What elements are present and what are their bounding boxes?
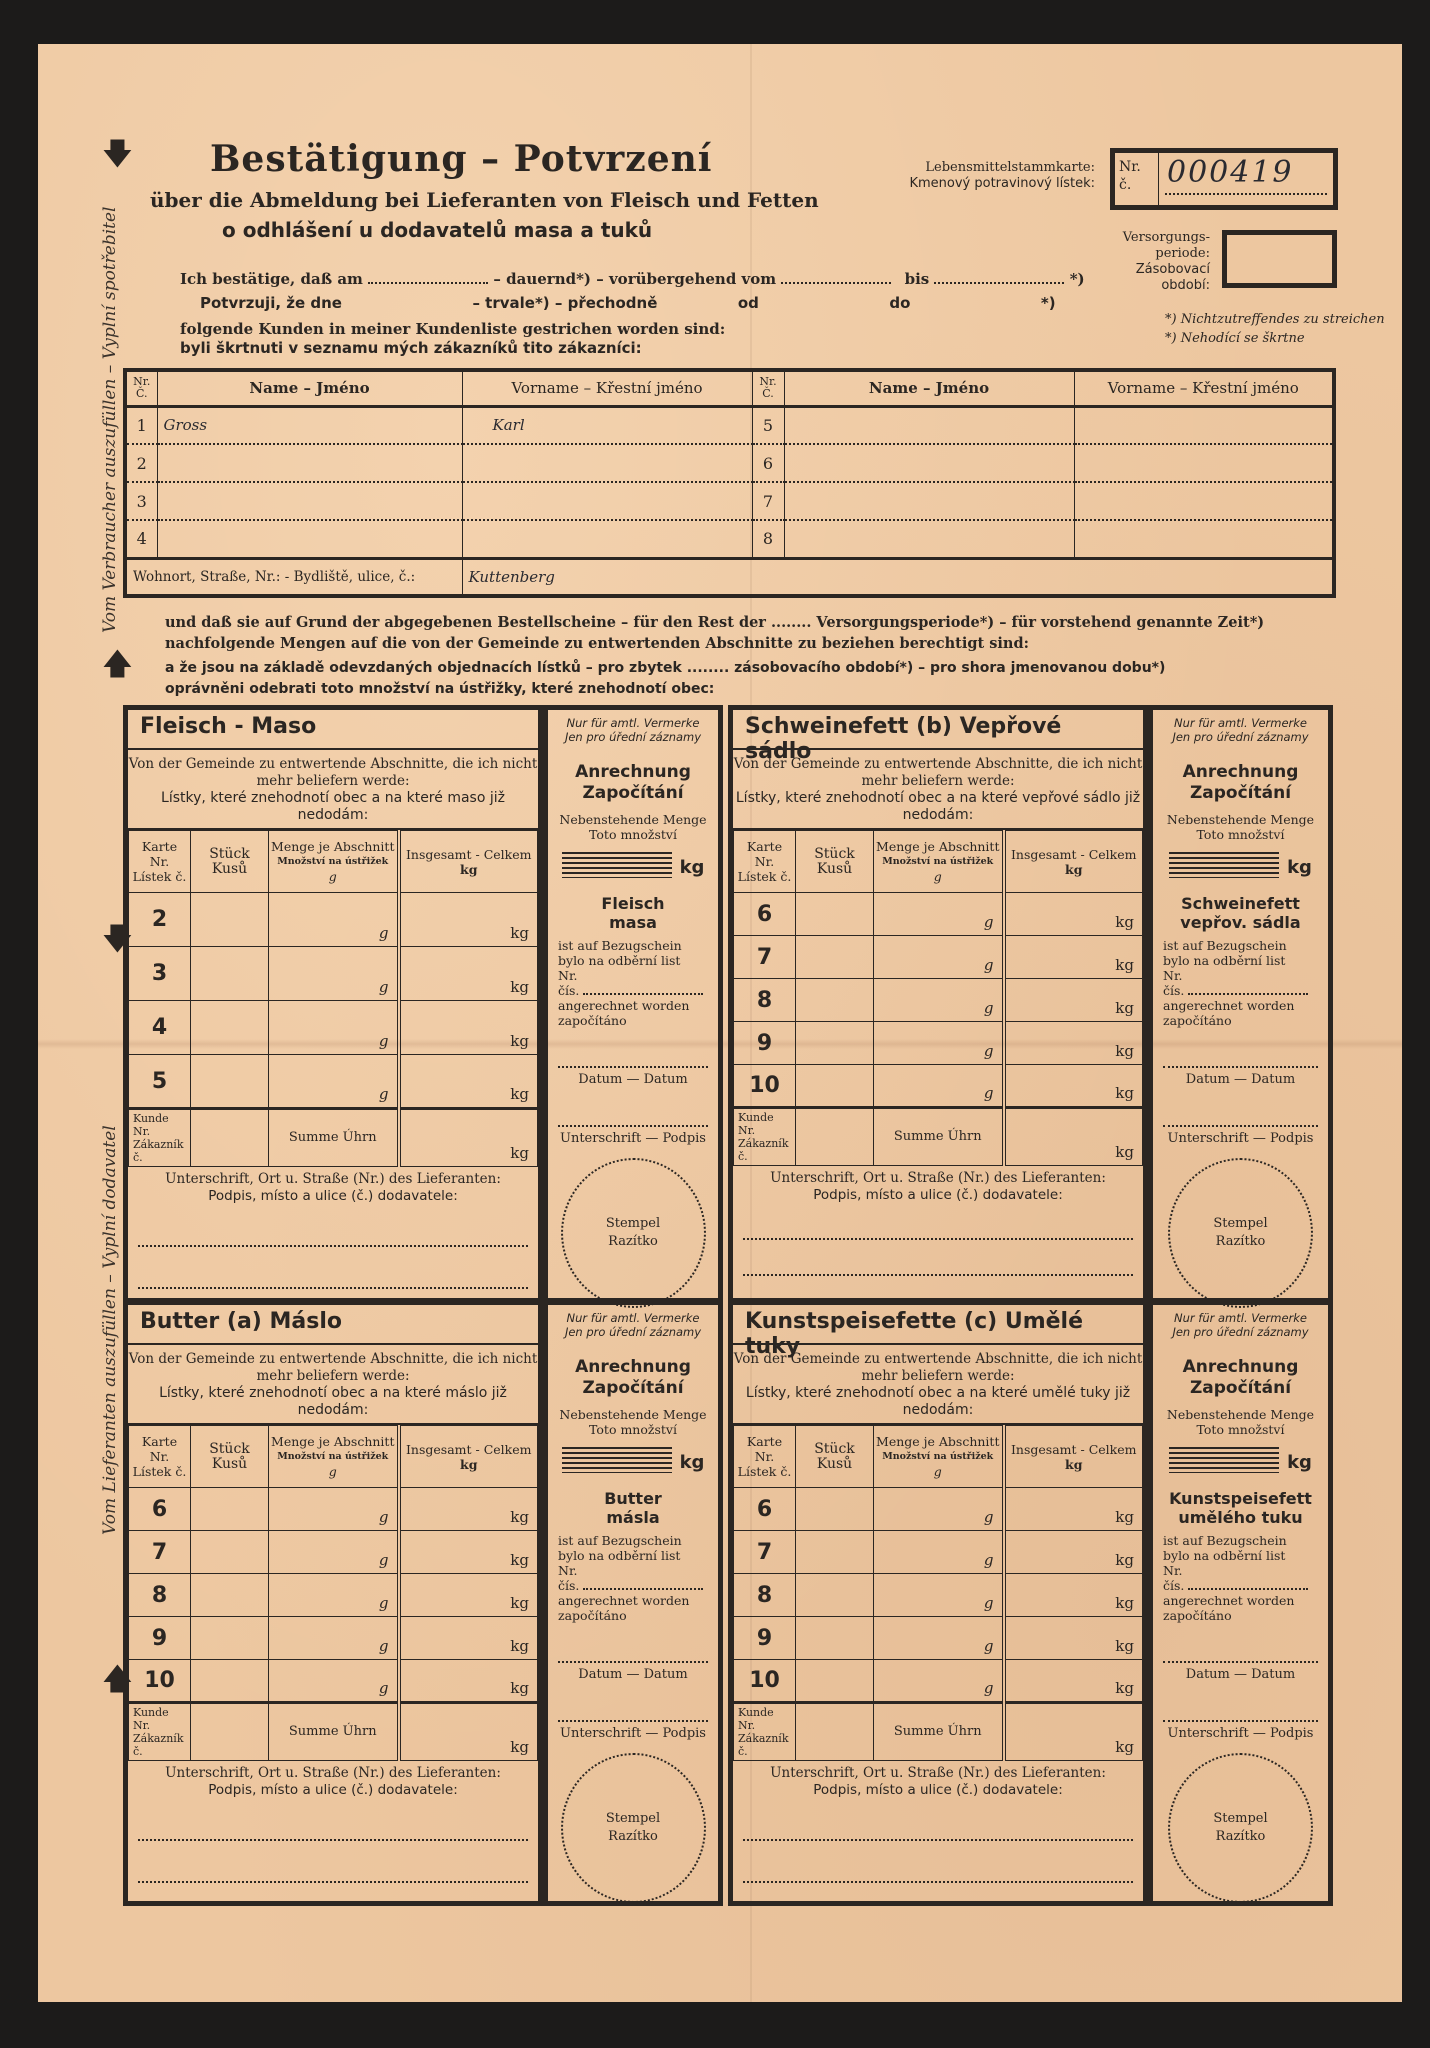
voucher-text: ist auf Bezugschein bylo na odběrní list… bbox=[554, 1533, 712, 1623]
first-name-field[interactable] bbox=[1074, 444, 1334, 482]
sum-label: Summe Úhrn bbox=[874, 1703, 1004, 1761]
official-signature-field[interactable]: Unterschrift — Podpis bbox=[558, 1720, 708, 1741]
txt-cis: čís. bbox=[558, 1578, 579, 1593]
col-card: Karte Nr. Lístek č. bbox=[734, 831, 796, 893]
unit-g: g bbox=[984, 1679, 994, 1697]
first-name-field[interactable]: Karl bbox=[462, 406, 752, 444]
col-first-name: Vorname – Křestní jméno bbox=[1074, 370, 1334, 406]
voucher-number-field[interactable] bbox=[583, 993, 703, 995]
signature-line[interactable] bbox=[138, 1841, 528, 1883]
unit-g: g bbox=[984, 1508, 994, 1526]
amount-field[interactable]: kg bbox=[554, 1447, 712, 1473]
amount-field[interactable]: g bbox=[874, 936, 1004, 979]
amount-field[interactable]: g bbox=[874, 1065, 1004, 1108]
row-number: 2 bbox=[125, 444, 157, 482]
from-date-field[interactable] bbox=[781, 282, 891, 284]
sig-label-de: Unterschrift, Ort u. Straße (Nr.) des Li… bbox=[128, 1171, 538, 1188]
unit-kg: kg bbox=[1115, 1637, 1134, 1655]
date-field[interactable]: Datum — Datum bbox=[1163, 1661, 1318, 1682]
unit-kg: kg bbox=[510, 1594, 529, 1612]
note-de: Nur für amtl. Vermerke bbox=[554, 1311, 712, 1325]
row-number: 1 bbox=[125, 406, 157, 444]
confirm-text: *) bbox=[1070, 270, 1085, 288]
coupon-number: 9 bbox=[734, 1022, 796, 1065]
sum-field[interactable]: kg bbox=[399, 1703, 538, 1761]
txt-ang: angerechnet worden bbox=[558, 998, 712, 1013]
total-field[interactable]: kg bbox=[399, 1488, 538, 1531]
date-field[interactable]: Datum — Datum bbox=[1163, 1066, 1318, 1087]
desc-de: Von der Gemeinde zu entwertende Abschnit… bbox=[128, 1351, 538, 1385]
col-amount-cz: Množství na ústřižek bbox=[271, 1449, 395, 1464]
txt-ist: ist auf Bezugschein bbox=[1163, 1533, 1322, 1548]
txt-nr: Nr. bbox=[1163, 1563, 1322, 1578]
card-number-field[interactable]: 000419 bbox=[1159, 153, 1333, 205]
anr-de: Anrechnung bbox=[1159, 762, 1322, 783]
col-pieces: Stück Kusů bbox=[796, 1426, 874, 1488]
unit-g: g bbox=[379, 978, 389, 996]
voucher-number-field[interactable] bbox=[583, 1588, 703, 1590]
amount-field[interactable]: kg bbox=[554, 852, 712, 878]
first-name-field[interactable] bbox=[1074, 406, 1334, 444]
row-number: 5 bbox=[752, 406, 784, 444]
name-field[interactable] bbox=[157, 520, 462, 558]
official-notes-pork-fat: Nur für amtl. Vermerke Jen pro úřední zá… bbox=[1148, 705, 1333, 1303]
address-row: Wohnort, Straße, Nr.: - Bydliště, ulice,… bbox=[125, 558, 1334, 596]
col-amount-de: Menge je Abschnitt bbox=[876, 839, 999, 854]
unit-g: g bbox=[984, 999, 994, 1017]
unit-kg: kg bbox=[510, 1637, 529, 1655]
address-field[interactable]: Kuttenberg bbox=[462, 558, 1334, 596]
section-meat: Fleisch - Maso Von der Gemeinde zu entwe… bbox=[123, 705, 543, 1303]
section-butter: Butter (a) Máslo Von der Gemeinde zu ent… bbox=[123, 1300, 543, 1906]
pieces-field[interactable] bbox=[191, 1488, 269, 1531]
amount-field[interactable]: g bbox=[269, 1617, 399, 1660]
prod-cz: másla bbox=[554, 1508, 712, 1527]
txt-zap: započítáno bbox=[1163, 1013, 1322, 1028]
signature-line[interactable] bbox=[743, 1240, 1133, 1276]
unit-kg: kg bbox=[1115, 1143, 1134, 1161]
pieces-field[interactable] bbox=[796, 1617, 874, 1660]
voucher-text: ist auf Bezugschein bylo na odběrní list… bbox=[1159, 1533, 1322, 1623]
pieces-field[interactable] bbox=[191, 1001, 269, 1055]
signature-line[interactable] bbox=[138, 1799, 528, 1841]
period-label-cz: Zásobovací období: bbox=[1090, 262, 1210, 294]
total-field[interactable]: kg bbox=[1004, 1488, 1143, 1531]
section-title: Schweinefett (b) Vepřové sádlo bbox=[733, 710, 1143, 750]
nr-label: Nr. bbox=[1119, 158, 1154, 176]
footnote-de: *) Nichtzutreffendes zu streichen bbox=[1165, 312, 1385, 328]
amount-caption: Nebenstehende MengeToto množství bbox=[1159, 1407, 1322, 1437]
total-field[interactable]: kg bbox=[399, 947, 538, 1001]
col-nr: Nr. Č. bbox=[125, 370, 157, 406]
signature-line[interactable] bbox=[138, 1247, 528, 1289]
unit-kg: kg bbox=[1287, 1452, 1312, 1473]
voucher-text: ist auf Bezugschein bylo na odběrní list… bbox=[554, 938, 712, 1028]
voucher-number-field[interactable] bbox=[1188, 1588, 1308, 1590]
paragraph-de-line1: und daß sie auf Grund der abgegebenen Be… bbox=[165, 612, 1345, 633]
pieces-field[interactable] bbox=[796, 979, 874, 1022]
total-field[interactable]: kg bbox=[1004, 936, 1143, 979]
coupon-number: 7 bbox=[129, 1531, 191, 1574]
table-row: 2gkg bbox=[129, 893, 538, 947]
name-field[interactable] bbox=[784, 520, 1074, 558]
unit-kg: kg bbox=[680, 1452, 705, 1473]
hatch-lines bbox=[1169, 852, 1279, 878]
first-name-field[interactable] bbox=[462, 520, 752, 558]
sum-field[interactable]: kg bbox=[1004, 1108, 1143, 1166]
note-cz: Jen pro úřední záznamy bbox=[554, 1325, 712, 1339]
period-input-box[interactable] bbox=[1222, 230, 1337, 288]
product-name: Kunstspeisefettumělého tuku bbox=[1159, 1489, 1322, 1527]
unit-g: g bbox=[379, 1679, 389, 1697]
amount-field[interactable]: g bbox=[874, 1022, 1004, 1065]
unit-kg: kg bbox=[1115, 1738, 1134, 1756]
sum-row: Kunde Nr. Zákazník č. Summe Úhrn kg bbox=[129, 1703, 538, 1761]
table-row: 2 6 bbox=[125, 444, 1334, 482]
unit-kg: kg bbox=[510, 1679, 529, 1697]
col-pieces: Stück Kusů bbox=[191, 831, 269, 893]
col-nr: Nr. Č. bbox=[752, 370, 784, 406]
desc-de: Von der Gemeinde zu entwertende Abschnit… bbox=[733, 756, 1143, 790]
confirm-text: od bbox=[738, 294, 759, 312]
product-name: Schweinefettvepřov. sádla bbox=[1159, 894, 1322, 932]
official-signature-field[interactable]: Unterschrift — Podpis bbox=[1163, 1720, 1318, 1741]
subtitle-german: über die Abmeldung bei Lieferanten von F… bbox=[150, 188, 819, 212]
desc-cz: Lístky, které znehodnotí obec a na které… bbox=[733, 1385, 1143, 1419]
txt-nr: Nr. bbox=[1163, 968, 1322, 983]
name-field[interactable] bbox=[157, 444, 462, 482]
name-field[interactable]: Gross bbox=[157, 406, 462, 444]
arrow-down-icon: 🡇 bbox=[102, 925, 118, 955]
note-de: Nur für amtl. Vermerke bbox=[554, 716, 712, 730]
col-name: Name – Jméno bbox=[784, 370, 1074, 406]
txt-cis: čís. bbox=[558, 983, 579, 998]
total-field[interactable]: kg bbox=[399, 1617, 538, 1660]
table-row: 4 8 bbox=[125, 520, 1334, 558]
total-field[interactable]: kg bbox=[1004, 1531, 1143, 1574]
total-field[interactable]: kg bbox=[399, 1055, 538, 1109]
customer-nr-label: Kunde Nr. Zákazník č. bbox=[129, 1703, 191, 1761]
customers-table: Nr. Č. Name – Jméno Vorname – Křestní jm… bbox=[123, 368, 1336, 598]
voucher-number-field[interactable] bbox=[1188, 993, 1308, 995]
amount-field[interactable]: g bbox=[874, 1617, 1004, 1660]
pieces-field[interactable] bbox=[796, 1065, 874, 1108]
pieces-field[interactable] bbox=[796, 1660, 874, 1703]
amount-field[interactable]: g bbox=[269, 1488, 399, 1531]
prod-de: Kunstspeisefett bbox=[1159, 1489, 1322, 1508]
first-name-field[interactable] bbox=[1074, 520, 1334, 558]
to-date-field[interactable] bbox=[934, 282, 1064, 284]
paragraph-de-line2: nachfolgende Mengen auf die von der Geme… bbox=[165, 633, 1345, 654]
amount-field[interactable]: g bbox=[269, 1001, 399, 1055]
name-field[interactable] bbox=[157, 482, 462, 520]
period-label: Versorgungs-periode: Zásobovací období: bbox=[1090, 230, 1210, 294]
txt-cis: čís. bbox=[1163, 983, 1184, 998]
card-label-de: Lebensmittelstammkarte: bbox=[905, 160, 1095, 176]
table-row: 9gkg bbox=[734, 1022, 1143, 1065]
pieces-field[interactable] bbox=[191, 1617, 269, 1660]
signature-line[interactable] bbox=[138, 1205, 528, 1247]
amount-field[interactable]: g bbox=[874, 1488, 1004, 1531]
txt-ang: angerechnet worden bbox=[1163, 998, 1322, 1013]
unit-kg: kg bbox=[510, 1551, 529, 1569]
total-field[interactable]: kg bbox=[1004, 979, 1143, 1022]
row-number: 8 bbox=[752, 520, 784, 558]
table-row: 10gkg bbox=[734, 1660, 1143, 1703]
col-amount: Menge je AbschnittMnožství na ústřižekg bbox=[269, 1426, 399, 1488]
total-field[interactable]: kg bbox=[399, 1001, 538, 1055]
unit-kg: kg bbox=[510, 1738, 529, 1756]
sum-field[interactable]: kg bbox=[1004, 1703, 1143, 1761]
row-number: 6 bbox=[752, 444, 784, 482]
official-notes-butter: Nur für amtl. Vermerke Jen pro úřední zá… bbox=[543, 1300, 723, 1906]
first-name-field[interactable] bbox=[462, 482, 752, 520]
unit-kg: kg bbox=[1115, 1679, 1134, 1697]
col-total: Insgesamt - Celkemkg bbox=[399, 1426, 538, 1488]
date-field[interactable]: Datum — Datum bbox=[558, 1066, 708, 1087]
stamp-cz: Razítko bbox=[608, 1828, 658, 1846]
amount-field[interactable]: g bbox=[269, 893, 399, 947]
txt-ist: ist auf Bezugschein bbox=[1163, 938, 1322, 953]
sum-field[interactable]: kg bbox=[399, 1109, 538, 1167]
note-de: Nur für amtl. Vermerke bbox=[1159, 1311, 1322, 1325]
unit-kg: kg bbox=[1115, 1551, 1134, 1569]
pieces-field[interactable] bbox=[796, 1531, 874, 1574]
amount-field[interactable]: g bbox=[874, 893, 1004, 936]
prod-de: Fleisch bbox=[554, 894, 712, 913]
anr-de: Anrechnung bbox=[554, 762, 712, 783]
sig-label-cz: Podpis, místo a ulice (č.) dodavatele: bbox=[733, 1187, 1143, 1204]
amount-caption: Nebenstehende MengeToto množství bbox=[554, 812, 712, 842]
row-number: 4 bbox=[125, 520, 157, 558]
col-amount: Menge je AbschnittMnožství na ústřižekg bbox=[269, 831, 399, 893]
unit-kg: kg bbox=[1115, 956, 1134, 974]
confirm-text: Ich bestätige, daß am bbox=[180, 270, 363, 288]
txt-zap: započítáno bbox=[558, 1608, 712, 1623]
row-number: 7 bbox=[752, 482, 784, 520]
hatch-lines bbox=[562, 852, 672, 878]
card-number-box: Nr. č. 000419 bbox=[1110, 148, 1338, 210]
stamp-de: Stempel bbox=[1213, 1215, 1267, 1233]
neb-cz: Toto množství bbox=[1159, 827, 1322, 842]
col-total: Insgesamt - Celkemkg bbox=[1004, 1426, 1143, 1488]
customer-nr-field[interactable] bbox=[796, 1703, 874, 1761]
total-field[interactable]: kg bbox=[1004, 1617, 1143, 1660]
customer-nr-label: Kunde Nr. Zákazník č. bbox=[129, 1109, 191, 1167]
total-field[interactable]: kg bbox=[399, 893, 538, 947]
footnote: *) Nichtzutreffendes zu streichen *) Neh… bbox=[1165, 312, 1385, 347]
coupon-number: 3 bbox=[129, 947, 191, 1001]
name-field[interactable] bbox=[784, 444, 1074, 482]
pieces-field[interactable] bbox=[191, 893, 269, 947]
unit-kg: kg bbox=[510, 1032, 529, 1050]
note-cz: Jen pro úřední záznamy bbox=[554, 730, 712, 744]
sum-label: Summe Úhrn bbox=[874, 1108, 1004, 1166]
unit-kg: kg bbox=[510, 1144, 529, 1162]
txt-bylo: bylo na odběrní list bbox=[558, 1548, 712, 1563]
supplier-signature-area: Unterschrift, Ort u. Straße (Nr.) des Li… bbox=[733, 1166, 1143, 1276]
prod-de: Butter bbox=[554, 1489, 712, 1508]
crediting-title: AnrechnungZapočítání bbox=[1159, 1357, 1322, 1399]
total-field[interactable]: kg bbox=[1004, 1065, 1143, 1108]
card-label-cz: Kmenový potravinový lístek: bbox=[905, 176, 1095, 192]
sig-label-cz: Podpis, místo a ulice (č.) dodavatele: bbox=[128, 1188, 538, 1205]
amount-field[interactable]: g bbox=[269, 1055, 399, 1109]
txt-ist: ist auf Bezugschein bbox=[558, 1533, 712, 1548]
col-amount-de: Menge je Abschnitt bbox=[271, 1434, 394, 1449]
unit-kg: kg bbox=[1115, 1508, 1134, 1526]
sum-row: Kunde Nr. Zákazník č. Summe Úhrn kg bbox=[734, 1108, 1143, 1166]
amount-field[interactable]: g bbox=[874, 1660, 1004, 1703]
stamp-cz: Razítko bbox=[1216, 1233, 1266, 1251]
margin-consumer-text: Vom Verbraucher auszufüllen – Vyplní spo… bbox=[100, 200, 120, 640]
name-field[interactable] bbox=[784, 482, 1074, 520]
total-field[interactable]: kg bbox=[399, 1531, 538, 1574]
col-total-label: Insgesamt - Celkem bbox=[406, 847, 532, 862]
customer-nr-label: Kunde Nr. Zákazník č. bbox=[734, 1703, 796, 1761]
unit-g: g bbox=[379, 924, 389, 942]
pieces-field[interactable] bbox=[191, 947, 269, 1001]
neb-cz: Toto množství bbox=[554, 1422, 712, 1437]
name-field[interactable] bbox=[784, 406, 1074, 444]
coupon-number: 8 bbox=[129, 1574, 191, 1617]
anr-cz: Započítání bbox=[1159, 783, 1322, 804]
sum-label: Summe Úhrn bbox=[269, 1703, 399, 1761]
customer-nr-field[interactable] bbox=[796, 1108, 874, 1166]
neb-cz: Toto množství bbox=[554, 827, 712, 842]
address-label: Wohnort, Straße, Nr.: - Bydliště, ulice,… bbox=[125, 558, 462, 596]
total-field[interactable]: kg bbox=[1004, 1660, 1143, 1703]
coupon-number: 5 bbox=[129, 1055, 191, 1109]
amount-field[interactable]: kg bbox=[1159, 852, 1322, 878]
anr-cz: Započítání bbox=[554, 783, 712, 804]
amount-field[interactable]: g bbox=[874, 1531, 1004, 1574]
customer-nr-field[interactable] bbox=[191, 1703, 269, 1761]
page-title: Bestätigung – Potvrzení bbox=[210, 138, 712, 180]
customer-nr-field[interactable] bbox=[191, 1109, 269, 1167]
txt-nr: Nr. bbox=[558, 1563, 712, 1578]
pieces-field[interactable] bbox=[796, 1574, 874, 1617]
signature-line[interactable] bbox=[743, 1841, 1133, 1883]
total-field[interactable]: kg bbox=[399, 1574, 538, 1617]
date-field[interactable] bbox=[368, 282, 488, 284]
supplier-signature-area: Unterschrift, Ort u. Straße (Nr.) des Li… bbox=[128, 1167, 538, 1289]
row-number: 3 bbox=[125, 482, 157, 520]
paragraph-cz-line2: oprávněni odebrati toto množství na ústř… bbox=[165, 679, 1345, 700]
col-total: Insgesamt - Celkemkg bbox=[1004, 831, 1143, 893]
official-signature-field[interactable]: Unterschrift — Podpis bbox=[1163, 1125, 1318, 1146]
neb-de: Nebenstehende Menge bbox=[1159, 1407, 1322, 1422]
table-row: 7gkg bbox=[734, 936, 1143, 979]
coupon-number: 8 bbox=[734, 1574, 796, 1617]
table-row: 5gkg bbox=[129, 1055, 538, 1109]
col-first-name: Vorname – Křestní jméno bbox=[462, 370, 752, 406]
table-row: 8gkg bbox=[734, 979, 1143, 1022]
pieces-field[interactable] bbox=[796, 936, 874, 979]
pieces-field[interactable] bbox=[191, 1055, 269, 1109]
pieces-field[interactable] bbox=[796, 1488, 874, 1531]
pieces-field[interactable] bbox=[191, 1531, 269, 1574]
card-label: Lebensmittelstammkarte: Kmenový potravin… bbox=[905, 160, 1095, 192]
col-amount-unit: g bbox=[934, 1464, 942, 1479]
unit-g: g bbox=[379, 1594, 389, 1612]
anr-cz: Započítání bbox=[554, 1378, 712, 1399]
coupon-number: 7 bbox=[734, 1531, 796, 1574]
margin-supplier-text: Vom Lieferanten auszufüllen – Vyplní dod… bbox=[100, 1000, 120, 1660]
amount-field[interactable]: g bbox=[269, 947, 399, 1001]
official-notes-meat: Nur für amtl. Vermerke Jen pro úřední zá… bbox=[543, 705, 723, 1303]
sig-label-cz: Podpis, místo a ulice (č.) dodavatele: bbox=[128, 1782, 538, 1799]
table-row: 9gkg bbox=[129, 1617, 538, 1660]
amount-field[interactable]: g bbox=[269, 1531, 399, 1574]
total-field[interactable]: kg bbox=[1004, 1574, 1143, 1617]
official-signature-field[interactable]: Unterschrift — Podpis bbox=[558, 1125, 708, 1146]
col-amount-unit: g bbox=[934, 869, 942, 884]
total-field[interactable]: kg bbox=[1004, 893, 1143, 936]
txt-zap: započítáno bbox=[558, 1013, 712, 1028]
amount-field[interactable]: g bbox=[874, 1574, 1004, 1617]
note-cz: Jen pro úřední záznamy bbox=[1159, 730, 1322, 744]
txt-bylo: bylo na odběrní list bbox=[1163, 1548, 1322, 1563]
date-field[interactable]: Datum — Datum bbox=[558, 1661, 708, 1682]
total-field[interactable]: kg bbox=[1004, 1022, 1143, 1065]
amount-field[interactable]: g bbox=[874, 979, 1004, 1022]
amount-field[interactable]: kg bbox=[1159, 1447, 1322, 1473]
section-title: Kunstspeisefette (c) Umělé tuky bbox=[733, 1305, 1143, 1345]
paragraph-cz-line1: a že jsou na základě odevzdaných objedna… bbox=[165, 658, 1345, 679]
table-row: 4gkg bbox=[129, 1001, 538, 1055]
stamp-area: StempelRazítko bbox=[561, 1158, 706, 1308]
amount-field[interactable]: g bbox=[269, 1660, 399, 1703]
neb-de: Nebenstehende Menge bbox=[554, 1407, 712, 1422]
signature-line[interactable] bbox=[743, 1204, 1133, 1240]
col-amount: Menge je AbschnittMnožství na ústřižekg bbox=[874, 831, 1004, 893]
table-row: 10gkg bbox=[734, 1065, 1143, 1108]
total-field[interactable]: kg bbox=[399, 1660, 538, 1703]
signature-line[interactable] bbox=[743, 1799, 1133, 1841]
unit-g: g bbox=[984, 1042, 994, 1060]
amount-field[interactable]: g bbox=[269, 1574, 399, 1617]
product-name: Fleischmasa bbox=[554, 894, 712, 932]
pieces-field[interactable] bbox=[191, 1660, 269, 1703]
pieces-field[interactable] bbox=[796, 1022, 874, 1065]
sig-label-cz: Podpis, místo a ulice (č.) dodavatele: bbox=[733, 1782, 1143, 1799]
first-name-field[interactable] bbox=[1074, 482, 1334, 520]
confirm-text: byli škrtnuti v seznamu mých zákazníků t… bbox=[180, 339, 725, 358]
unit-g: g bbox=[379, 1032, 389, 1050]
unit-kg: kg bbox=[1115, 1084, 1134, 1102]
pieces-field[interactable] bbox=[796, 893, 874, 936]
crediting-title: AnrechnungZapočítání bbox=[554, 762, 712, 804]
stamp-area: StempelRazítko bbox=[561, 1753, 706, 1903]
table-row: 8gkg bbox=[734, 1574, 1143, 1617]
coupon-number: 10 bbox=[734, 1660, 796, 1703]
pieces-field[interactable] bbox=[191, 1574, 269, 1617]
period-label-de: Versorgungs-periode: bbox=[1090, 230, 1210, 262]
col-total: Insgesamt - Celkemkg bbox=[399, 831, 538, 893]
c-label: č. bbox=[1119, 176, 1154, 194]
unit-g: g bbox=[379, 1637, 389, 1655]
card-nr-label: Nr. č. bbox=[1115, 153, 1159, 205]
coupon-table: Karte Nr. Lístek č. Stück Kusů Menge je … bbox=[733, 1425, 1143, 1761]
col-total-unit: kg bbox=[1065, 1457, 1082, 1472]
note-cz: Jen pro úřední záznamy bbox=[1159, 1325, 1322, 1339]
neb-de: Nebenstehende Menge bbox=[1159, 812, 1322, 827]
first-name-field[interactable] bbox=[462, 444, 752, 482]
neb-de: Nebenstehende Menge bbox=[554, 812, 712, 827]
coupon-number: 9 bbox=[734, 1617, 796, 1660]
confirm-line-de: Ich bestätige, daß am – dauernd*) – vorü… bbox=[180, 268, 1085, 290]
